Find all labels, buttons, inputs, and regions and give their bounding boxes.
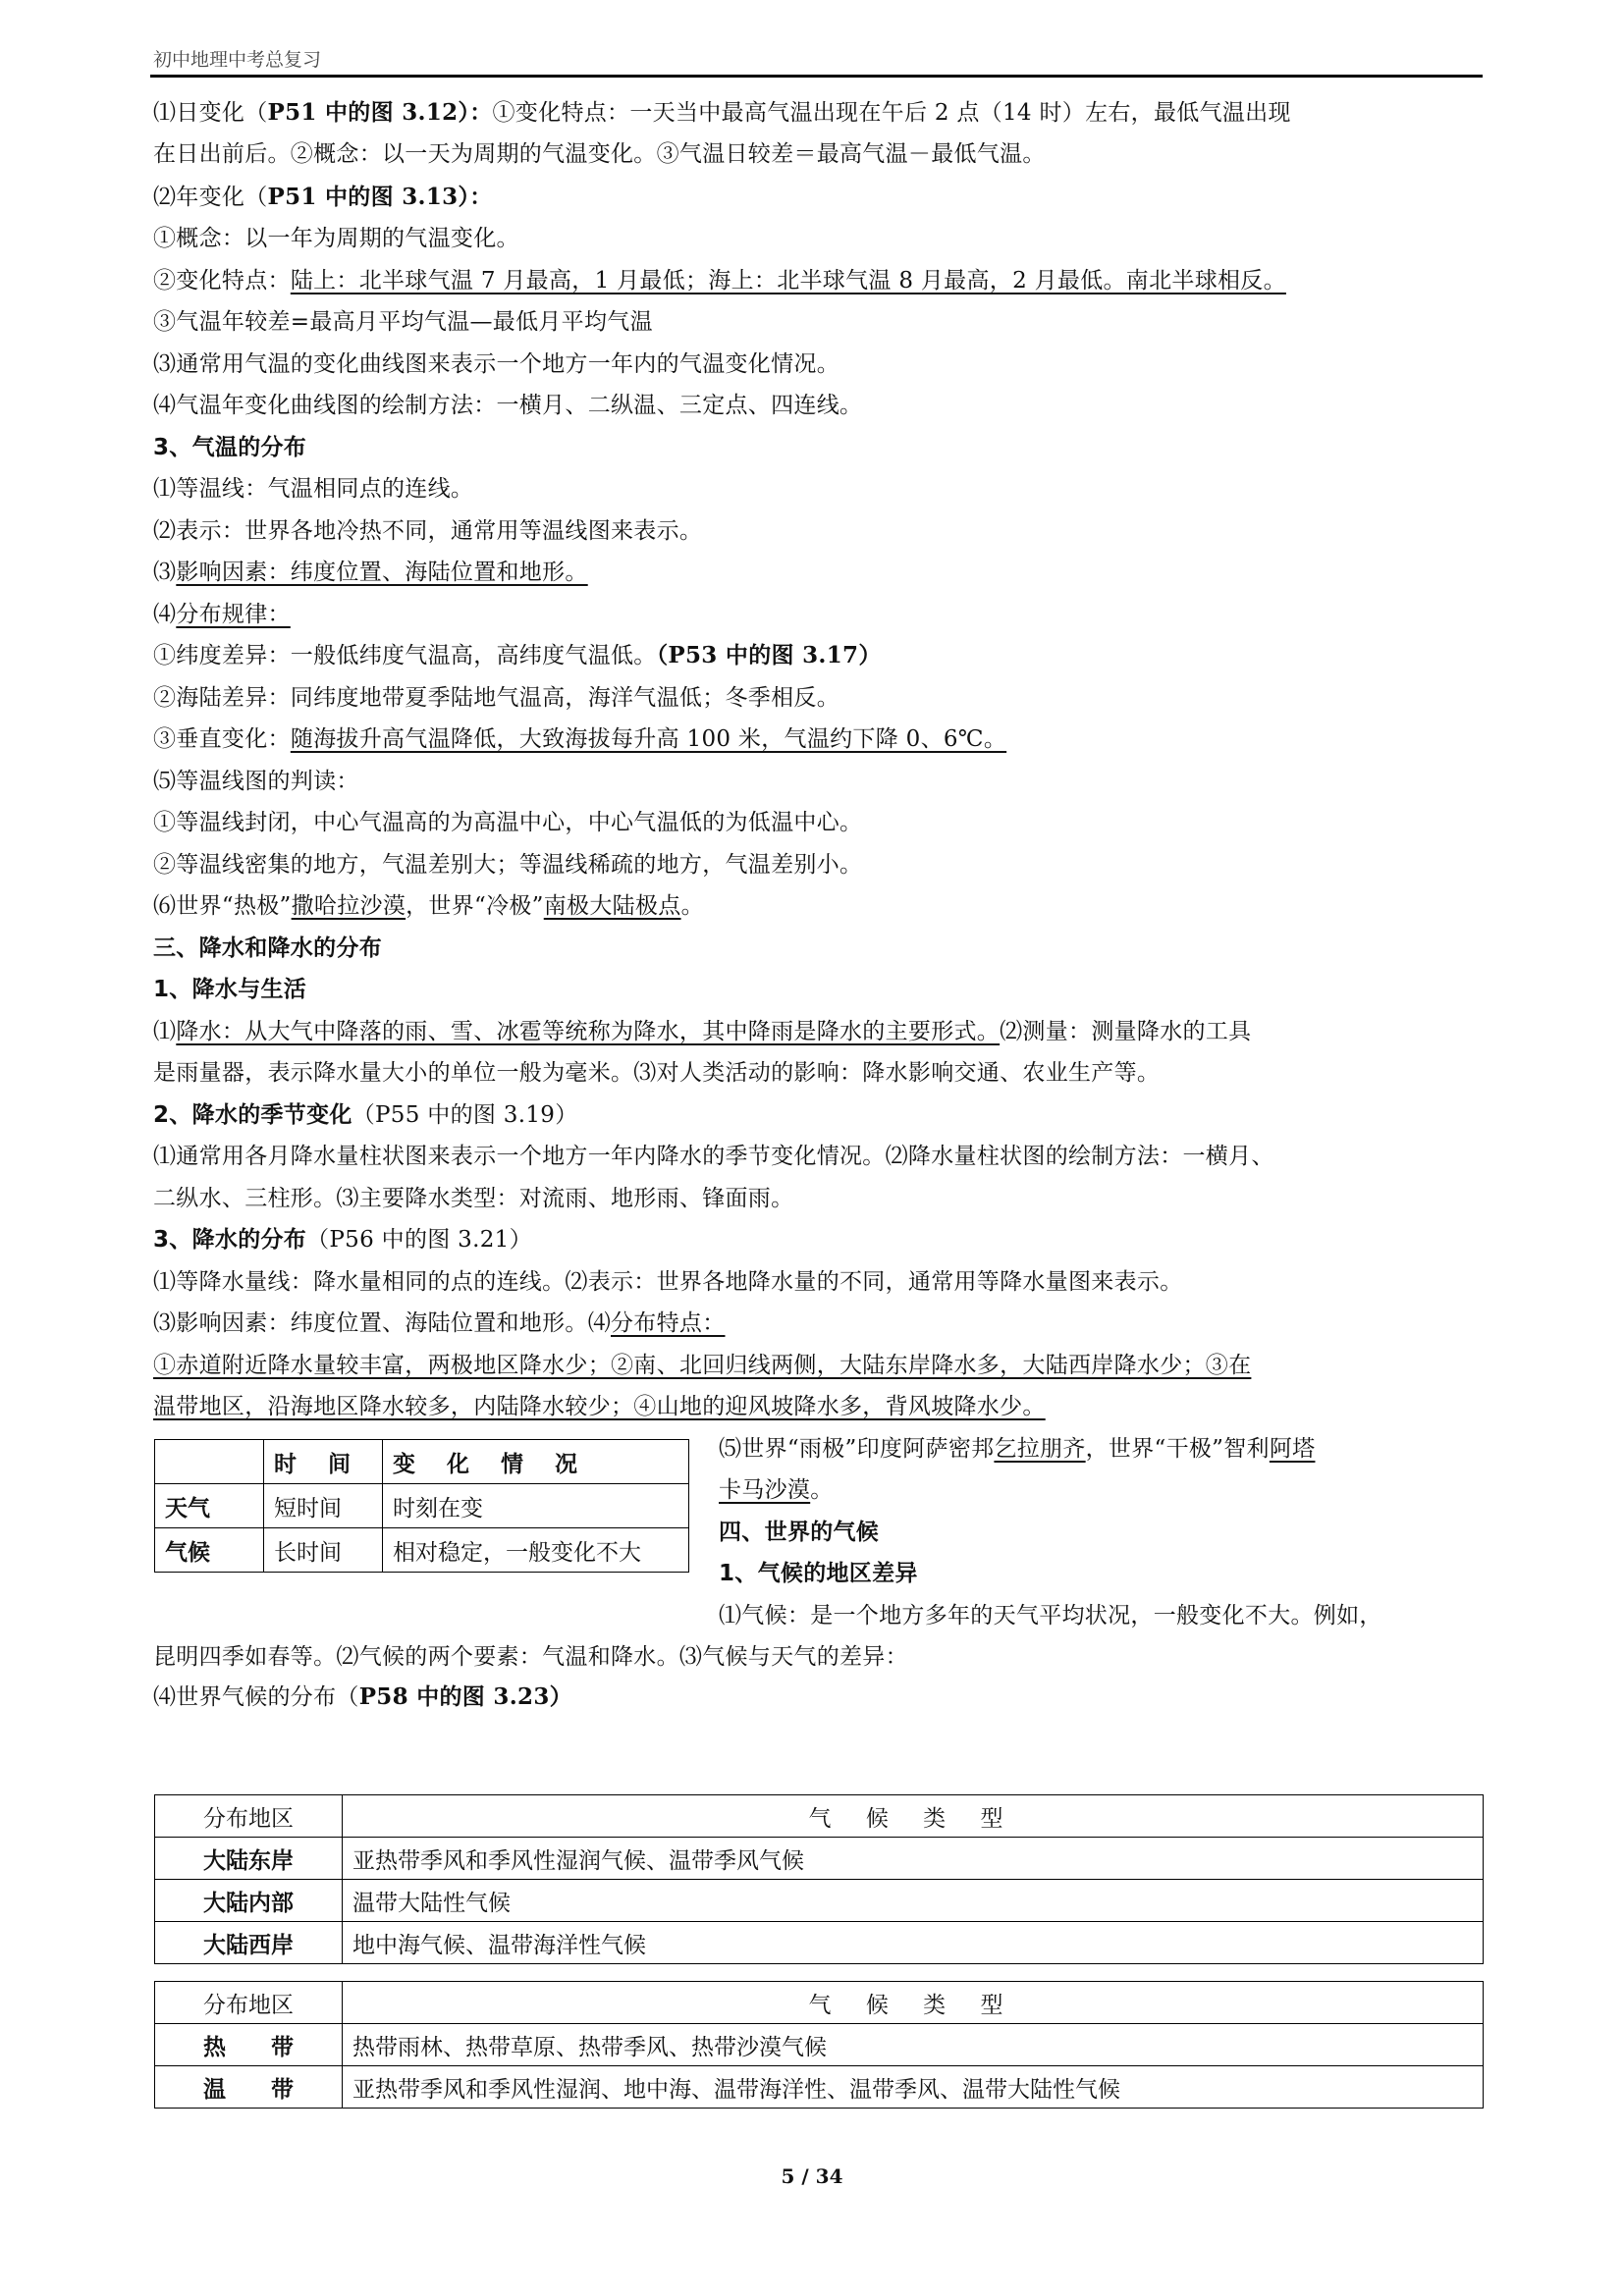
text-span: ②等温线密集的地方，气温差别大；等温线稀疏的地方，气温差别小。: [153, 852, 862, 878]
table-header-cell: 分布地区: [155, 1982, 343, 2024]
text-line: ①概念：以一年为周期的气温变化。: [153, 224, 519, 253]
text-line: 四、世界的气候: [719, 1518, 879, 1547]
text-span: 乞拉朋齐: [994, 1436, 1085, 1462]
text-line: ⑹世界“热极”撒哈拉沙漠，世界“冷极”南极大陆极点。: [153, 891, 704, 921]
weather-vs-climate-table: 时 间 变 化 情 况 天气 短时间 时刻在变 气候 长时间 相对稳定，一般变化…: [154, 1439, 689, 1573]
text-line: ②变化特点：陆上：北半球气温 7 月最高，1 月最低；海上：北半球气温 8 月最…: [153, 266, 1286, 295]
text-line: 三、降水和降水的分布: [153, 934, 382, 963]
text-line: ⑷分布规律：: [153, 600, 291, 629]
text-span: 。: [810, 1477, 833, 1503]
text-line: ③气温年较差=最高月平均气温—最低月平均气温: [153, 307, 653, 337]
text-line: ⑴降水：从大气中降落的雨、雪、冰雹等统称为降水，其中降雨是降水的主要形式。⑵测量…: [153, 1017, 1251, 1046]
text-line: 3、气温的分布: [153, 433, 306, 462]
table-row: 热 带 热带雨林、热带草原、热带季风、热带沙漠气候: [155, 2024, 1484, 2066]
text-line: ⑷世界气候的分布（P58 中的图 3.23）: [153, 1682, 572, 1712]
table-row: 大陆西岸 地中海气候、温带海洋性气候: [155, 1922, 1484, 1964]
section-heading: 三、降水和降水的分布: [153, 935, 382, 961]
text-span: ，世界“干极”智利: [1086, 1436, 1270, 1462]
text-line: ⑸世界“雨极”印度阿萨密邦乞拉朋齐，世界“干极”智利阿塔: [719, 1434, 1315, 1464]
text-line: ⑸等温线图的判读：: [153, 767, 359, 796]
page-number: 5 / 34: [0, 2164, 1624, 2188]
table-header-cell: 分布地区: [155, 1795, 343, 1838]
text-line: ⑶通常用气温的变化曲线图来表示一个地方一年内的气温变化情况。: [153, 349, 839, 379]
table-cell: 相对稳定，一般变化不大: [383, 1528, 689, 1573]
region-cell: 大陆西岸: [155, 1922, 343, 1964]
text-span: 随海拔升高气温降低，大致海拔每升高 100 米，气温约下降 0、6℃。: [291, 726, 1006, 752]
climate-types-cell: 热带雨林、热带草原、热带季风、热带沙漠气候: [343, 2024, 1484, 2066]
climate-by-continent-table: 分布地区 气 候 类 型 大陆东岸 亚热带季风和季风性湿润气候、温带季风气候 大…: [154, 1794, 1484, 1964]
text-line: ⑴等降水量线：降水量相同的点的连线。⑵表示：世界各地降水量的不同，通常用等降水量…: [153, 1267, 1183, 1297]
text-line: ②等温线密集的地方，气温差别大；等温线稀疏的地方，气温差别小。: [153, 850, 862, 880]
text-line: ⑶影响因素：纬度位置、海陆位置和地形。⑷分布特点：: [153, 1308, 726, 1338]
text-line: ⑷气温年变化曲线图的绘制方法：一横月、二纵温、三定点、四连线。: [153, 391, 862, 420]
text-line: ③垂直变化：随海拔升高气温降低，大致海拔每升高 100 米，气温约下降 0、6℃…: [153, 724, 1006, 754]
text-line: 3、降水的分布（P56 中的图 3.21）: [153, 1225, 532, 1255]
text-line: 2、降水的季节变化（P55 中的图 3.19）: [153, 1100, 578, 1130]
table-row: 大陆内部 温带大陆性气候: [155, 1880, 1484, 1922]
region-cell: 大陆内部: [155, 1880, 343, 1922]
table-header-row: 分布地区 气 候 类 型: [155, 1795, 1484, 1838]
text-span: 分布特点：: [611, 1310, 726, 1336]
text-line: ①赤道附近降水量较丰富，两极地区降水少；②南、北回归线两侧，大陆东岸降水多，大陆…: [153, 1351, 1251, 1380]
text-span: P58 中的图 3.23）: [359, 1683, 572, 1710]
text-span: ②变化特点：: [153, 268, 291, 294]
text-span: ②海陆差异：同纬度地带夏季陆地气温高，海洋气温低；冬季相反。: [153, 685, 839, 711]
text-span: 降水：从大气中降落的雨、雪、冰雹等统称为降水，其中降雨是降水的主要形式。: [176, 1019, 1000, 1044]
text-span: （P55 中的图 3.19）: [352, 1102, 578, 1128]
table-header-cell: 气 候 类 型: [343, 1795, 1484, 1838]
table-cell: 长时间: [264, 1528, 383, 1573]
section-heading: 四、世界的气候: [719, 1520, 879, 1545]
text-span: ⑶影响因素：纬度位置、海陆位置和地形。⑷: [153, 1310, 611, 1336]
table-row: 气候 长时间 相对稳定，一般变化不大: [155, 1528, 689, 1573]
text-span: ⑷世界气候的分布（: [153, 1684, 359, 1710]
text-span: 温带地区，沿海地区降水较多，内陆降水较少；④山地的迎风坡降水多，背风坡降水少。: [153, 1394, 1046, 1419]
table-row: 天气 短时间 时刻在变: [155, 1484, 689, 1528]
text-span: ⑸世界“雨极”印度阿萨密邦: [719, 1436, 994, 1462]
text-line: 是雨量器，表示降水量大小的单位一般为毫米。⑶对人类活动的影响：降水影响交通、农业…: [153, 1058, 1160, 1088]
climate-by-zone-table: 分布地区 气 候 类 型 热 带 热带雨林、热带草原、热带季风、热带沙漠气候 温…: [154, 1981, 1484, 2109]
document-header-title: 初中地理中考总复习: [153, 45, 321, 72]
table-row: 大陆东岸 亚热带季风和季风性湿润气候、温带季风气候: [155, 1838, 1484, 1880]
table-row: 温 带 亚热带季风和季风性湿润、地中海、温带海洋性、温带季风、温带大陆性气候: [155, 2066, 1484, 2109]
text-span: 影响因素：纬度位置、海陆位置和地形。: [176, 560, 587, 585]
text-line: ⑴通常用各月降水量柱状图来表示一个地方一年内降水的季节变化情况。⑵降水量柱状图的…: [153, 1142, 1274, 1171]
section-heading: 3、气温的分布: [153, 435, 306, 460]
section-heading: 2、降水的季节变化: [153, 1102, 352, 1128]
text-span: ⑷: [153, 602, 176, 627]
text-span: 撒哈拉沙漠: [292, 893, 406, 919]
text-span: 是雨量器，表示降水量大小的单位一般为毫米。⑶对人类活动的影响：降水影响交通、农业…: [153, 1060, 1160, 1086]
text-span: 二纵水、三柱形。⑶主要降水类型：对流雨、地形雨、锋面雨。: [153, 1186, 793, 1211]
climate-types-cell: 温带大陆性气候: [343, 1880, 1484, 1922]
section-heading: 3、降水的分布: [153, 1227, 306, 1253]
text-span: ③气温年较差=最高月平均气温—最低月平均气温: [153, 309, 653, 335]
table-header-cell: 气 候 类 型: [343, 1982, 1484, 2024]
text-line: ⑴气候：是一个地方多年的天气平均状况，一般变化不大。例如，: [719, 1601, 1382, 1630]
text-span: ①纬度差异：一般低纬度气温高，高纬度气温低。: [153, 643, 657, 668]
text-span: ⑷气温年变化曲线图的绘制方法：一横月、二纵温、三定点、四连线。: [153, 393, 862, 418]
text-span: P51 中的图 3.12）：: [268, 99, 493, 126]
text-line: 1、降水与生活: [153, 975, 306, 1004]
table-header-row: 时 间 变 化 情 况: [155, 1440, 689, 1484]
text-span: ①变化特点：一天当中最高气温出现在午后 2 点（14 时）左右，最低气温出现: [493, 100, 1291, 126]
text-span: ⑴通常用各月降水量柱状图来表示一个地方一年内降水的季节变化情况。⑵降水量柱状图的…: [153, 1144, 1274, 1169]
table-header-cell: 时 间: [264, 1440, 383, 1484]
text-span: ⑴等温线：气温相同点的连线。: [153, 476, 473, 502]
text-span: ⑵年变化（: [153, 185, 268, 210]
section-heading: 1、降水与生活: [153, 977, 306, 1002]
table-cell: 短时间: [264, 1484, 383, 1528]
table-header-cell: [155, 1440, 264, 1484]
text-line: ⑴等温线：气温相同点的连线。: [153, 474, 473, 504]
text-span: ①等温线封闭，中心气温高的为高温中心，中心气温低的为低温中心。: [153, 810, 862, 835]
text-span: ⑵测量：测量降水的工具: [1000, 1019, 1251, 1044]
text-line: ⑴日变化（P51 中的图 3.12）：①变化特点：一天当中最高气温出现在午后 2…: [153, 98, 1291, 128]
text-span: ①概念：以一年为周期的气温变化。: [153, 226, 519, 251]
region-cell: 温 带: [155, 2066, 343, 2109]
text-line: 温带地区，沿海地区降水较多，内陆降水较少；④山地的迎风坡降水多，背风坡降水少。: [153, 1392, 1046, 1421]
text-line: 1、气候的地区差异: [719, 1559, 918, 1588]
text-span: ，世界“冷极”: [406, 893, 544, 919]
text-line: 昆明四季如春等。⑵气候的两个要素：气温和降水。⑶气候与天气的差异：: [153, 1642, 908, 1672]
text-span: P51 中的图 3.13）：: [268, 184, 493, 210]
text-span: ⑶: [153, 560, 176, 585]
region-cell: 热 带: [155, 2024, 343, 2066]
text-line: 卡马沙漠。: [719, 1475, 834, 1505]
text-line: ⑵年变化（P51 中的图 3.13）：: [153, 183, 493, 212]
text-span: 陆上：北半球气温 7 月最高，1 月最低；海上：北半球气温 8 月最高，2 月最…: [291, 268, 1286, 294]
text-span: ⑴: [153, 1019, 176, 1044]
header-divider: [150, 75, 1483, 78]
region-cell: 大陆东岸: [155, 1838, 343, 1880]
text-span: ⑸等温线图的判读：: [153, 769, 359, 794]
table-header-cell: 变 化 情 况: [383, 1440, 689, 1484]
table-cell: 时刻在变: [383, 1484, 689, 1528]
text-line: ②海陆差异：同纬度地带夏季陆地气温高，海洋气温低；冬季相反。: [153, 683, 839, 713]
text-span: 昆明四季如春等。⑵气候的两个要素：气温和降水。⑶气候与天气的差异：: [153, 1644, 908, 1670]
text-span: ⑶通常用气温的变化曲线图来表示一个地方一年内的气温变化情况。: [153, 351, 839, 377]
text-line: 二纵水、三柱形。⑶主要降水类型：对流雨、地形雨、锋面雨。: [153, 1184, 793, 1213]
text-span: （P53 中的图 3.17）: [657, 642, 882, 668]
table-header-row: 分布地区 气 候 类 型: [155, 1982, 1484, 2024]
row-label: 天气: [155, 1484, 264, 1528]
text-span: 南极大陆极点: [544, 893, 681, 919]
text-span: ⑵表示：世界各地冷热不同，通常用等温线图来表示。: [153, 518, 702, 544]
text-span: 卡马沙漠: [719, 1477, 810, 1503]
text-span: ⑴日变化（: [153, 100, 268, 126]
climate-types-cell: 地中海气候、温带海洋性气候: [343, 1922, 1484, 1964]
climate-types-cell: 亚热带季风和季风性湿润、地中海、温带海洋性、温带季风、温带大陆性气候: [343, 2066, 1484, 2109]
text-span: ⑹世界“热极”: [153, 893, 292, 919]
text-line: ⑵表示：世界各地冷热不同，通常用等温线图来表示。: [153, 516, 702, 546]
text-line: 在日出前后。②概念：以一天为周期的气温变化。③气温日较差＝最高气温－最低气温。: [153, 139, 1046, 169]
text-span: 在日出前后。②概念：以一天为周期的气温变化。③气温日较差＝最高气温－最低气温。: [153, 141, 1046, 167]
text-span: ⑴气候：是一个地方多年的天气平均状况，一般变化不大。例如，: [719, 1603, 1382, 1629]
text-span: 。: [681, 893, 704, 919]
climate-types-cell: 亚热带季风和季风性湿润气候、温带季风气候: [343, 1838, 1484, 1880]
text-span: ③垂直变化：: [153, 726, 291, 752]
row-label: 气候: [155, 1528, 264, 1573]
text-span: （P56 中的图 3.21）: [306, 1227, 532, 1253]
text-line: ①等温线封闭，中心气温高的为高温中心，中心气温低的为低温中心。: [153, 808, 862, 837]
text-span: 阿塔: [1270, 1436, 1316, 1462]
text-line: ⑶影响因素：纬度位置、海陆位置和地形。: [153, 558, 588, 587]
text-span: ⑴等降水量线：降水量相同的点的连线。⑵表示：世界各地降水量的不同，通常用等降水量…: [153, 1269, 1183, 1295]
text-line: ①纬度差异：一般低纬度气温高，高纬度气温低。（P53 中的图 3.17）: [153, 641, 882, 670]
text-span: 分布规律：: [176, 602, 291, 627]
text-span: ①赤道附近降水量较丰富，两极地区降水少；②南、北回归线两侧，大陆东岸降水多，大陆…: [153, 1353, 1251, 1378]
section-heading: 1、气候的地区差异: [719, 1561, 918, 1586]
